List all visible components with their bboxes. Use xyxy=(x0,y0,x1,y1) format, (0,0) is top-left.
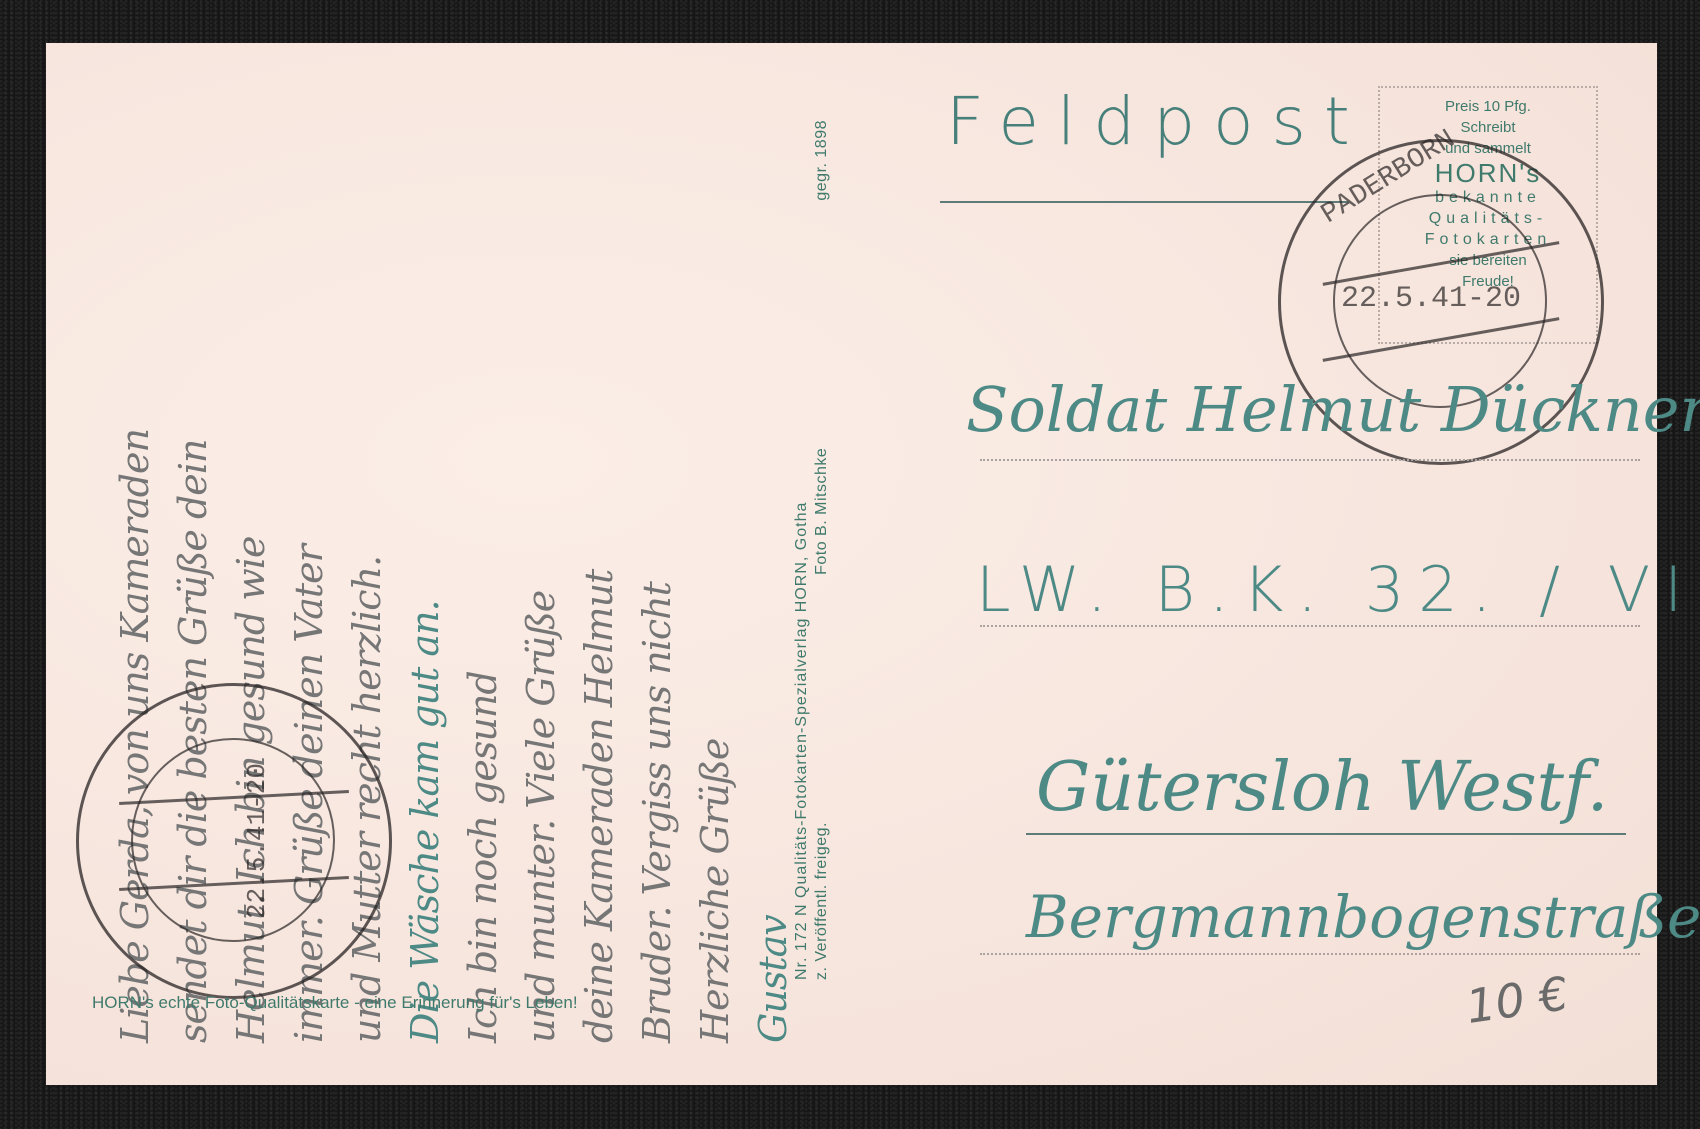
publisher-imprint: Nr. 172 N Qualitäts-Fotokarten-Spezialve… xyxy=(792,120,832,980)
address-recipient: Soldat Helmut Dückner xyxy=(966,373,1700,446)
postmark-date: 22.5.41-20 xyxy=(1341,282,1521,316)
address-rule xyxy=(980,953,1640,955)
address-rule xyxy=(980,459,1640,461)
stamp-text: Schreibt xyxy=(1380,117,1596,138)
address-underline xyxy=(1026,833,1626,835)
photographer: Foto B. Mitschke xyxy=(812,448,832,575)
message-line: Ich bin noch gesund xyxy=(454,103,512,1043)
address-unit: LW. B.K. 32. / VI xyxy=(976,553,1696,626)
feldpost-underline xyxy=(940,201,1348,203)
message-line: Bruder. Vergiss uns nicht xyxy=(628,103,686,1043)
message-line: Die Wäsche kam gut an. xyxy=(396,103,454,1043)
footer-slogan: HORN's echte Foto-Qualitätskarte - eine … xyxy=(92,993,578,1013)
postmark-date: 22.5.41-20 xyxy=(242,763,272,919)
founded: gegr. 1898 xyxy=(812,120,832,201)
price-note: 10 € xyxy=(1463,966,1572,1034)
message-line: Herzliche Grüße xyxy=(686,103,744,1043)
postmark-bottom-left: 22.5.41-20 xyxy=(76,683,392,999)
publisher-clearance: z. Veröffentl. freigeg. xyxy=(812,822,832,980)
address-street: Bergmannbogenstraße xyxy=(1026,883,1700,951)
stamp-price: Preis 10 Pfg. xyxy=(1380,96,1596,117)
address-city: Gütersloh Westf. xyxy=(1036,748,1608,827)
publisher-line-1: Nr. 172 N Qualitäts-Fotokarten-Spezialve… xyxy=(792,502,812,980)
postcard: Liebe Gerda, von uns Kameraden sendet di… xyxy=(46,43,1657,1085)
message-line: deine Kameraden Helmut xyxy=(570,103,628,1043)
feldpost-heading: Feldpost xyxy=(946,83,1368,160)
message-line: und munter. Viele Grüße xyxy=(512,103,570,1043)
